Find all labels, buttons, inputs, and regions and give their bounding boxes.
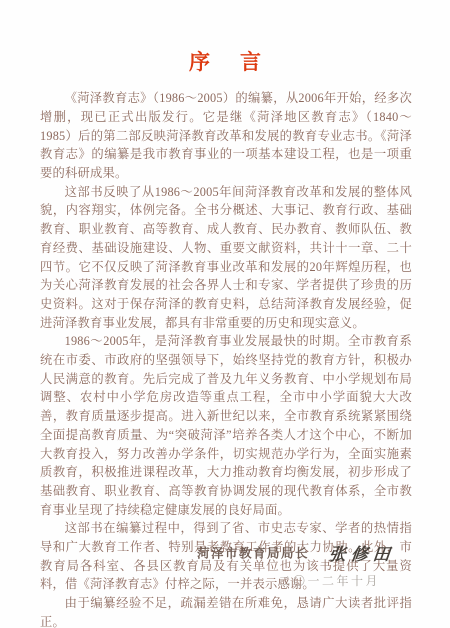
page-title: 序 言 — [0, 0, 450, 75]
signature-block: 菏泽市教育局局长 张修田 二〇一二年十月 — [0, 540, 450, 589]
signature-row: 菏泽市教育局局长 张修田 — [0, 540, 450, 565]
signature-date: 二〇一二年十月 — [0, 572, 450, 589]
page-title-char-1: 序 — [189, 50, 210, 75]
signer-handwritten-name: 张修田 — [328, 540, 397, 565]
paragraph-3: 1986～2005年，是菏泽教育事业发展最快的时期。全市教育系统在市委、市政府的… — [40, 332, 412, 519]
paragraph-2: 这部书反映了从1986～2005年间菏泽教育改革和发展的整体风貌，内容翔实，体例… — [40, 183, 412, 333]
preface-document-page: 序 言 《菏泽教育志》（1986～2005）的编纂，从2006年开始，经多次增删… — [0, 0, 450, 628]
page-title-char-2: 言 — [240, 50, 261, 75]
paragraph-1: 《菏泽教育志》（1986～2005）的编纂，从2006年开始，经多次增删，现已正… — [40, 89, 412, 183]
signer-position-title: 菏泽市教育局局长 — [197, 547, 309, 561]
paragraph-5: 由于编纂经验不足，疏漏差错在所难免，恳请广大读者批评指正。 — [40, 594, 412, 628]
